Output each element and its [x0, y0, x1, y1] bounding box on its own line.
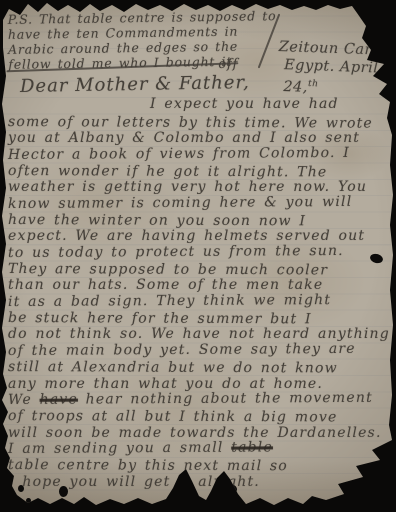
letter-line: have the winter on you soon now I: [8, 212, 390, 230]
crossed-out-word: have: [40, 391, 78, 407]
line-text: be stuck here for the summer but I: [8, 310, 312, 327]
letter-paper: P.S. That table centre is supposed tohav…: [0, 0, 396, 512]
line-text: I hope you will get it alright.: [8, 474, 260, 490]
line-text: Hector a book of views from Colombo. I: [8, 145, 350, 163]
line-text: it as a bad sign. They think we might: [8, 292, 331, 310]
letter-line: I am sending you a small table: [8, 439, 390, 458]
letter-line: know summer is coming here & you will: [8, 193, 390, 212]
letter-line: We have hear nothing about the movement: [8, 390, 390, 409]
line-text: weather is getting very hot here now. Yo…: [8, 179, 367, 195]
crossed-out-word: table: [231, 439, 273, 455]
letter-line: some of our letters by this time. We wro…: [8, 114, 390, 132]
salutation: Dear Mother & Father,: [20, 72, 250, 97]
heading-date-text: Egypt. April 24,: [283, 57, 379, 96]
letter-line: Hector a book of views from Colombo. I: [8, 144, 390, 163]
heading-date: Egypt. April 24,th: [283, 56, 396, 100]
line-text: expect. We are having helmets served out: [8, 228, 365, 244]
opening-line: I expect you have had: [150, 96, 339, 112]
paper-hole: [229, 485, 237, 494]
line-text: some of our letters by this time. We wro…: [8, 114, 373, 132]
letter-line: to us today to protect us from the sun.: [8, 242, 390, 261]
paper-hole: [18, 485, 24, 492]
letter-line: it as a bad sign. They think we might: [8, 291, 390, 310]
line-text: still at Alexandria but we do not know: [8, 359, 338, 376]
line-text: than our hats. Some of the men take: [8, 277, 323, 293]
line-text: often wonder if he got it alright. The: [8, 163, 328, 180]
line-text: any more than what you do at home.: [8, 376, 323, 392]
letter-line: still at Alexandria but we do not know: [8, 359, 390, 377]
letter-line: often wonder if he got it alright. The: [8, 163, 390, 181]
line-text: We: [8, 392, 40, 408]
line-text: you at Albany & Colombo and I also sent: [8, 130, 360, 146]
line-text: of troops at all but I think a big move: [8, 408, 338, 425]
letter-line: be stuck here for the summer but I: [8, 310, 390, 328]
letter-heading: Zeitoun Camp. Egypt. April 24,th: [277, 38, 396, 100]
heading-date-ordinal: th: [308, 79, 319, 89]
line-text: have the winter on you soon now I: [8, 212, 306, 229]
letter-line: of the main body yet. Some say they are: [8, 340, 390, 359]
line-text: of the main body yet. Some say they are: [8, 341, 356, 359]
line-text: know summer is coming here & you will: [8, 194, 352, 212]
line-text: I am sending you a small: [8, 440, 231, 457]
letter-body: some of our letters by this time. We wro…: [8, 114, 390, 490]
ps-note: P.S. That table centre is supposed tohav…: [8, 8, 278, 72]
line-text: hear nothing about the movement: [78, 390, 373, 408]
letter-line: They are supposed to be much cooler: [8, 261, 390, 279]
letter-line: of troops at all but I think a big move: [8, 408, 390, 426]
line-text: to us today to protect us from the sun.: [8, 243, 344, 261]
letter-line: table centre by this next mail so: [8, 457, 390, 475]
line-text: table centre by this next mail so: [8, 457, 288, 474]
paper-hole: [59, 486, 68, 497]
photo-background: P.S. That table centre is supposed tohav…: [0, 0, 396, 512]
line-text: They are supposed to be much cooler: [8, 261, 328, 278]
paper-hole: [26, 498, 31, 503]
